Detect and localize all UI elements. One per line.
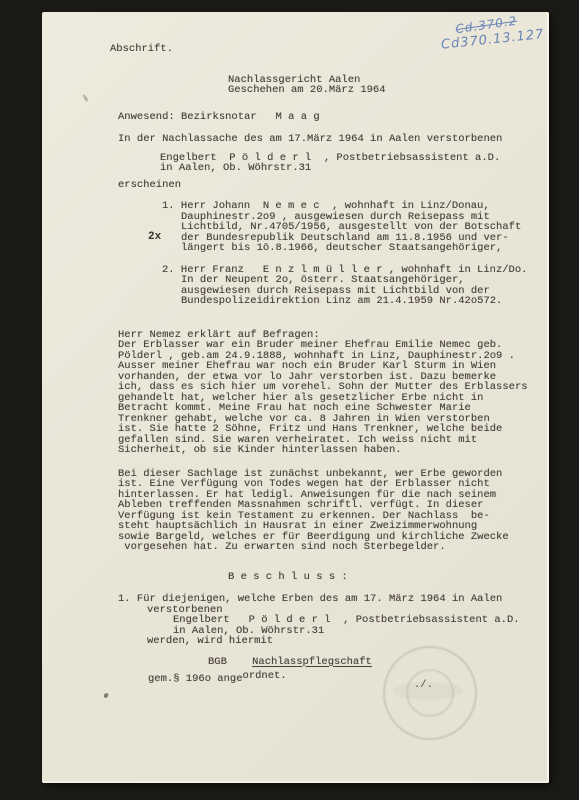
doc-line: steht hauptsächlich in Hausrat in einer … <box>118 521 562 532</box>
doc-line: Engelbert P ö l d e r l , Postbetriebsas… <box>173 615 562 626</box>
doc-line: Geschehen am 20.März 1964 <box>228 85 562 96</box>
doc-line: Der Erblasser war ein Bruder meiner Ehef… <box>118 340 562 351</box>
doc-line: Ausser meiner Ehefrau war noch ein Brude… <box>118 361 562 372</box>
doc-line: längert bis 1ö.8.1966, deutscher Staatsa… <box>181 243 562 254</box>
doc-line: 1. Für diejenigen, welche Erben des am 1… <box>118 594 562 605</box>
doc-line: werden, wird hiermit <box>147 636 562 647</box>
doc-line: Ableben treffenden Massnahmen schriftl. … <box>118 500 562 511</box>
doc-line: ich, dass es sich hier um vorehel. Sohn … <box>118 382 562 393</box>
doc-line: In der Nachlassache des am 17.März 1964 … <box>118 134 562 145</box>
doc-line: 1. Herr Johann N e m e c , wohnhaft in L… <box>162 201 562 212</box>
doc-line: ist. Eine Verfügung von Todes wegen hat … <box>118 479 562 490</box>
doc-line: Bundespolizeidirektion Linz am 21.4.1959… <box>181 296 562 307</box>
round-stamp <box>383 646 477 740</box>
doc-text-part: ordnet. <box>243 670 287 682</box>
doc-line: BGB Nachlasspflegschaft <box>208 657 562 668</box>
doc-line: B e s c h l u s s : <box>228 572 562 583</box>
scanned-document-view: Cd.370.2 Cd370.13.127 Abschrift.Nachlass… <box>0 0 579 800</box>
doc-line: Abschrift. <box>110 44 562 55</box>
doc-line: Lichtbild, Nr.4705/1956, ausgestellt von… <box>181 222 562 233</box>
doc-line: Anwesend: Bezirksnotar M a a g <box>118 112 562 123</box>
doc-line: in Aalen, Ob. Wöhrstr.31 <box>160 163 562 174</box>
underlined-term: Nachlasspflegschaft <box>252 656 372 668</box>
doc-line: gem.§ 196o angeordnet. <box>148 674 562 685</box>
doc-line: Sicherheit, ob sie Kinder hinterlassen h… <box>118 445 562 456</box>
doc-text-part: BGB <box>208 656 252 668</box>
doc-line: erscheinen <box>118 180 562 191</box>
doc-line: In der Neupent 2o, österr. Staatsangehör… <box>181 275 562 286</box>
doc-line: Betracht kommt. Meine Frau hat noch eine… <box>118 403 562 414</box>
margin-correction-mark: 2x <box>148 231 161 243</box>
paper-edge-mark <box>82 94 89 102</box>
doc-line: vorgesehen hat. Zu erwarten sind noch St… <box>118 542 562 553</box>
paper-speck <box>103 692 109 698</box>
doc-text-part: gem.§ 196o ange <box>148 673 243 685</box>
doc-line: ist. Sie hatte 2 Söhne, Fritz und Hans T… <box>118 424 562 435</box>
typed-document-text: Abschrift.Nachlassgericht AalenGeschehen… <box>110 44 562 685</box>
